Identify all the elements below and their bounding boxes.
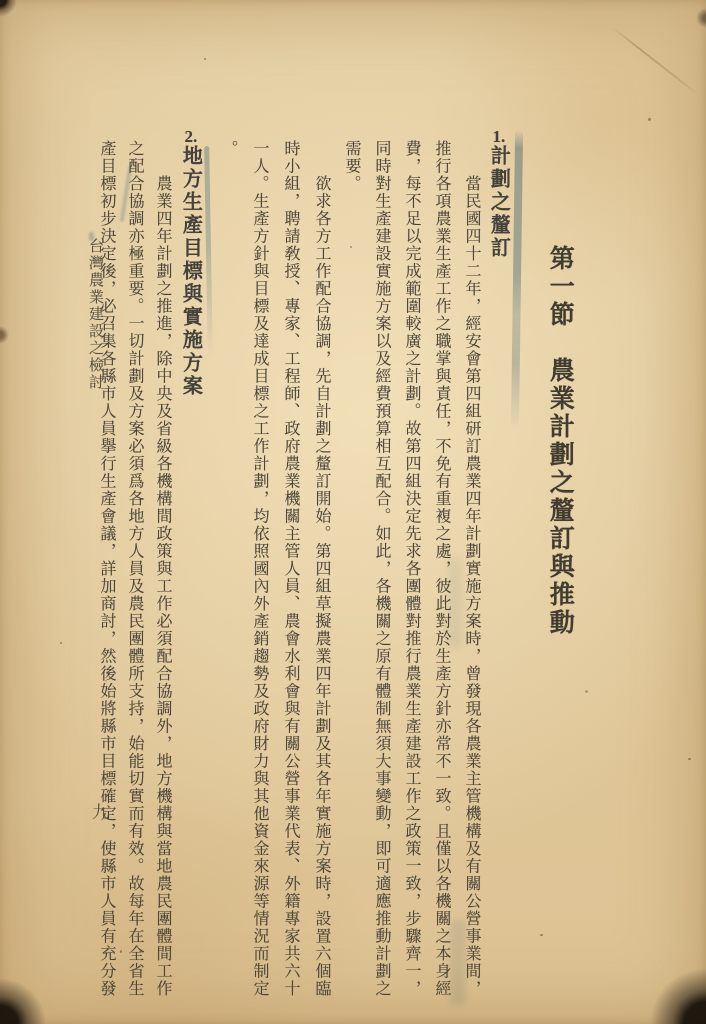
section-heading: 第一節 農業計劃之釐訂與推動	[541, 245, 577, 637]
subsection-1-title: 計劃之釐訂	[487, 145, 509, 260]
subsection-2-heading: 2.地方生產目標與實施方案	[176, 128, 205, 398]
paper-speck	[688, 758, 691, 760]
scanned-book-page: 第一節 農業計劃之釐訂與推動 1.計劃之釐訂 當民國四十二年，經安會第四組研訂農…	[0, 0, 706, 1024]
subsection-2-number: 2.	[181, 128, 200, 145]
paper-speck	[585, 690, 588, 693]
running-title: 台灣農業建設之檢討	[85, 238, 106, 391]
paper-speck	[648, 118, 651, 121]
subsection-1-number: 1.	[489, 128, 508, 145]
paper-speck	[60, 642, 62, 644]
subsection-2-title: 地方生產目標與實施方案	[179, 145, 201, 398]
paper-speck	[540, 934, 543, 936]
subsection-1-heading: 1.計劃之釐訂	[484, 128, 513, 260]
paper-crease-top-right	[611, 26, 700, 97]
page-number: 九	[86, 803, 111, 820]
blue-pencil-mark-subsection-2	[204, 146, 213, 356]
paragraph-1: 當民國四十二年，經安會第四組研訂農業四年計劃實施方案時，曾發現各農業主管機構及有…	[336, 140, 486, 1000]
paragraph-2: 欲求各方工作配合協調，先自計劃之釐訂開始。第四組草擬農業四年計劃及其各年實施方案…	[213, 140, 337, 1000]
paper-speck	[204, 58, 206, 60]
